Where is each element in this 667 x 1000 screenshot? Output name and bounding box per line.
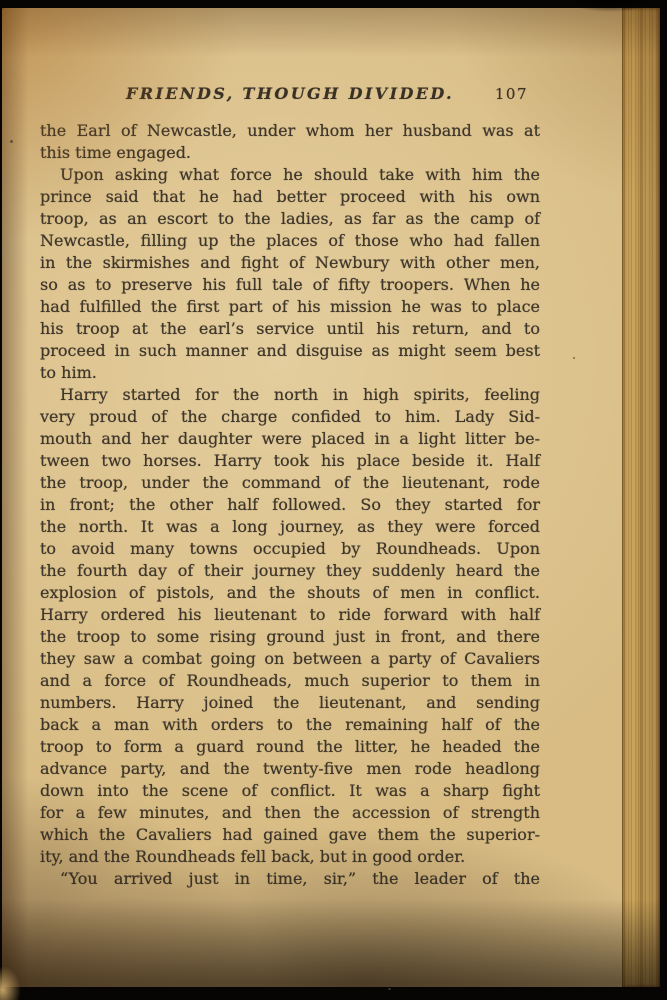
text-line: to him. <box>40 362 540 384</box>
text-line: this time engaged. <box>40 142 540 164</box>
text-line: Harry started for the north in high spir… <box>40 384 540 406</box>
text-line: the troop to some rising ground just in … <box>40 626 540 648</box>
text-line: ity, and the Roundheads fell back, but i… <box>40 846 540 868</box>
text-line: down into the scene of conflict. It was … <box>40 780 540 802</box>
text-line: Upon asking what force he should take wi… <box>40 164 540 186</box>
text-line: which the Cavaliers had gained gave them… <box>40 824 540 846</box>
paper-speck <box>388 988 391 990</box>
text-line: to avoid many towns occupied by Roundhea… <box>40 538 540 560</box>
text-line: “You arrived just in time, sir,” the lea… <box>40 868 540 890</box>
paragraph: “You arrived just in time, sir,” the lea… <box>40 868 540 890</box>
text-line: the fourth day of their journey they sud… <box>40 560 540 582</box>
paragraph: Harry started for the north in high spir… <box>40 384 540 868</box>
text-line: explosion of pistols, and the shouts of … <box>40 582 540 604</box>
text-line: proceed in such manner and disguise as m… <box>40 340 540 362</box>
text-block: the Earl of Newcastle, under whom her hu… <box>40 120 540 890</box>
text-line: had fulfilled the first part of his miss… <box>40 296 540 318</box>
text-line: in the skirmishes and fight of Newbury w… <box>40 252 540 274</box>
text-line: troop to form a guard round the litter, … <box>40 736 540 758</box>
page-title: FRIENDS, THOUGH DIVIDED. <box>40 84 540 103</box>
text-line: his troop at the earl’s service until hi… <box>40 318 540 340</box>
running-header: FRIENDS, THOUGH DIVIDED. 107 <box>40 84 540 108</box>
book-page-edges <box>622 8 660 987</box>
text-line: the Earl of Newcastle, under whom her hu… <box>40 120 540 142</box>
text-line: numbers. Harry joined the lieutenant, an… <box>40 692 540 714</box>
text-line: tween two horses. Harry took his place b… <box>40 450 540 472</box>
text-line: in front; the other half followed. So th… <box>40 494 540 516</box>
paper-sheet: FRIENDS, THOUGH DIVIDED. 107 the Earl of… <box>2 8 660 987</box>
text-line: and a force of Roundheads, much superior… <box>40 670 540 692</box>
page-number: 107 <box>495 85 528 103</box>
text-line: troop, as an escort to the ladies, as fa… <box>40 208 540 230</box>
text-line: very proud of the charge confided to him… <box>40 406 540 428</box>
text-line: the troop, under the command of the lieu… <box>40 472 540 494</box>
text-line: Harry ordered his lieutenant to ride for… <box>40 604 540 626</box>
text-line: advance party, and the twenty-five men r… <box>40 758 540 780</box>
text-line: back a man with orders to the remaining … <box>40 714 540 736</box>
paragraph: Upon asking what force he should take wi… <box>40 164 540 384</box>
text-line: they saw a combat going on between a par… <box>40 648 540 670</box>
text-line: for a few minutes, and then the accessio… <box>40 802 540 824</box>
book-page-scan: FRIENDS, THOUGH DIVIDED. 107 the Earl of… <box>0 0 667 1000</box>
text-line: the north. It was a long journey, as the… <box>40 516 540 538</box>
text-line: prince said that he had better proceed w… <box>40 186 540 208</box>
text-line: so as to preserve his full tale of fifty… <box>40 274 540 296</box>
paragraph: the Earl of Newcastle, under whom her hu… <box>40 120 540 164</box>
text-line: Newcastle, filling up the places of thos… <box>40 230 540 252</box>
text-line: mouth and her daughter were placed in a … <box>40 428 540 450</box>
